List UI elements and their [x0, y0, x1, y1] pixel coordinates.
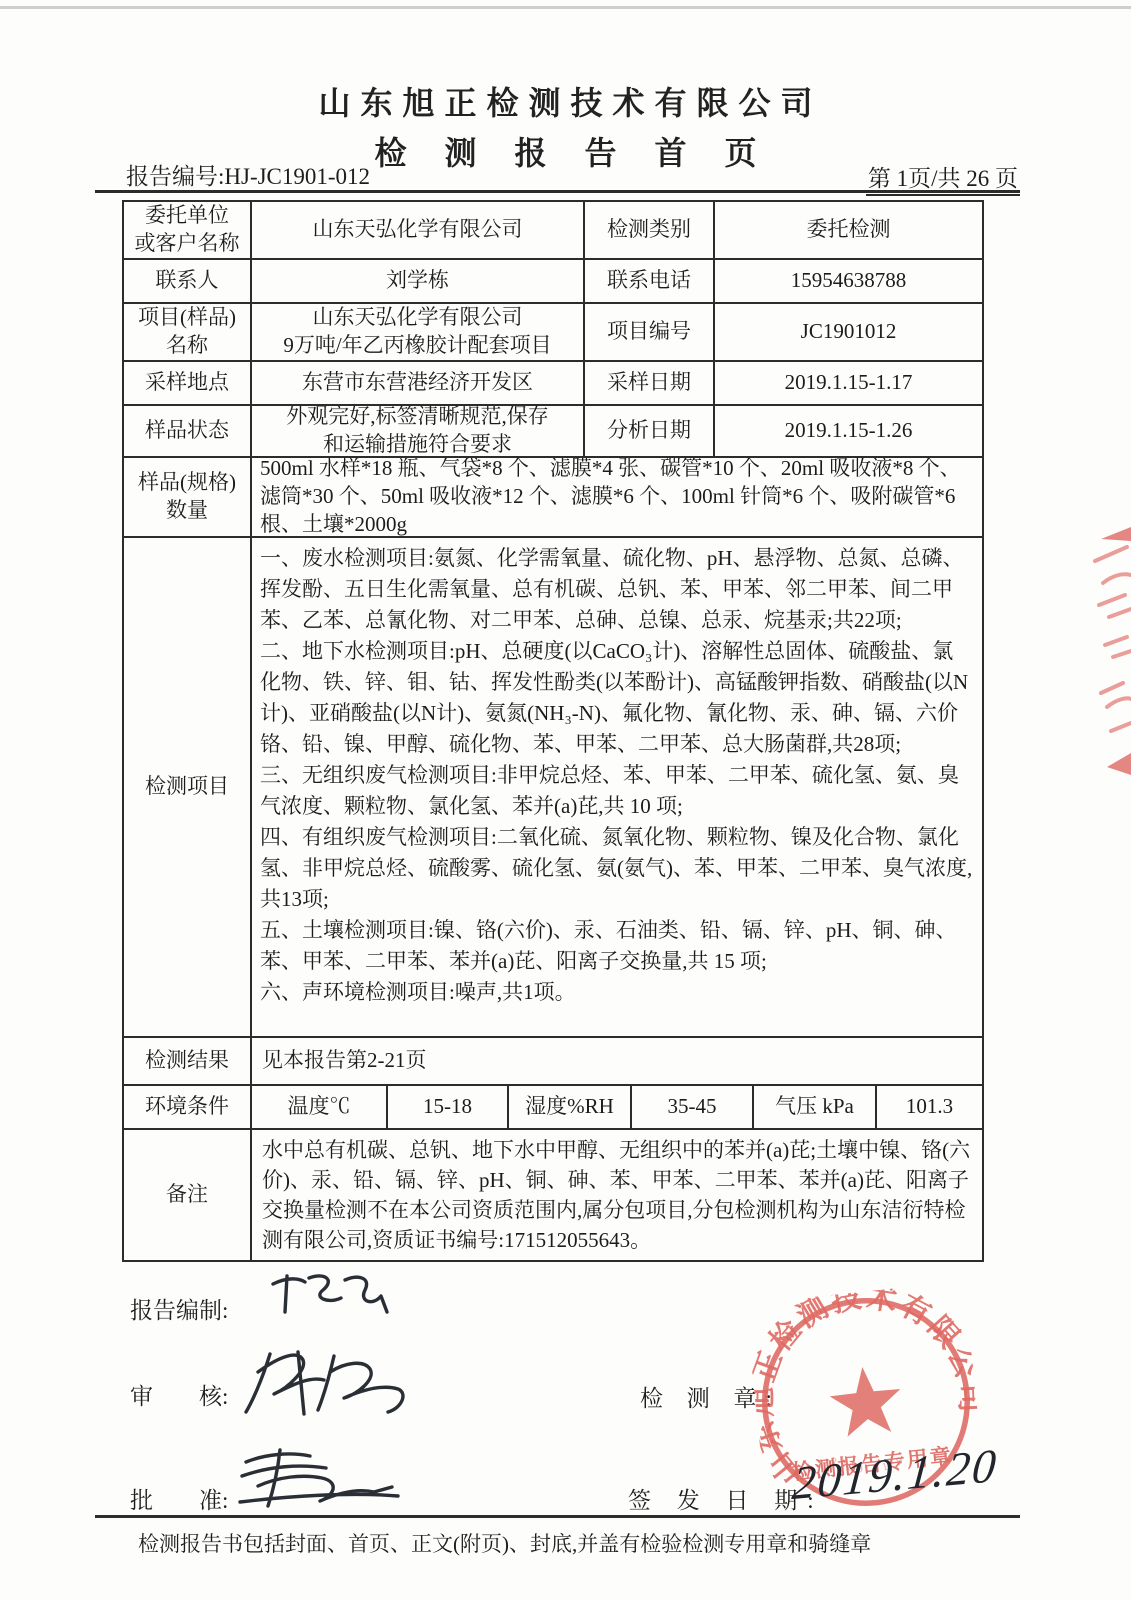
table-row-sample-state: 样品状态 外观完好,标签清晰规范,保存 和运输措施符合要求 分析日期 2019.… [124, 406, 982, 458]
report-meta-row: 报告编号:HJ-JC1901-012 第 1页/共 26 页 [96, 158, 1020, 188]
table-row-sampling: 采样地点 东营市东营港经济开发区 采样日期 2019.1.15-1.17 [124, 362, 982, 406]
test-type-value: 委托检测 [715, 202, 982, 258]
sample-state-value: 外观完好,标签清晰规范,保存 和运输措施符合要求 [252, 406, 585, 456]
temperature-label: 温度℃ [252, 1086, 388, 1128]
environment-label: 环境条件 [124, 1086, 252, 1128]
report-first-page: 山东旭正检测技术有限公司 检测报告首页 报告编号:HJ-JC1901-012 第… [0, 0, 1131, 1600]
project-name-value: 山东天弘化学有限公司 9万吨/年乙丙橡胶计配套项目 [252, 304, 585, 360]
sample-state-label: 样品状态 [124, 406, 252, 456]
report-info-table: 委托单位 或客户名称 山东天弘化学有限公司 检测类别 委托检测 联系人 刘学栋 … [122, 200, 984, 1262]
footer-rule [95, 1515, 1020, 1518]
table-row-sample-qty: 样品(规格) 数量 500ml 水样*18 瓶、气袋*8 个、滤膜*4 张、碳管… [124, 458, 982, 538]
pressure-label: 气压 kPa [754, 1086, 877, 1128]
sampling-date-value: 2019.1.15-1.17 [715, 362, 982, 404]
analysis-date-value: 2019.1.15-1.26 [715, 406, 982, 456]
scan-edge-line [0, 6, 1131, 9]
project-no-value: JC1901012 [715, 304, 982, 360]
table-row-project: 项目(样品) 名称 山东天弘化学有限公司 9万吨/年乙丙橡胶计配套项目 项目编号… [124, 304, 982, 362]
phone-value: 15954638788 [715, 260, 982, 302]
contact-value: 刘学栋 [252, 260, 585, 302]
sampling-site-label: 采样地点 [124, 362, 252, 404]
table-row-environment: 环境条件 温度℃ 15-18 湿度%RH 35-45 气压 kPa 101.3 [124, 1086, 982, 1130]
footer-note: 检测报告书包括封面、首页、正文(附页)、封底,并盖有检验检测专用章和骑缝章 [138, 1528, 871, 1558]
sampling-date-label: 采样日期 [585, 362, 715, 404]
header-rule [95, 190, 1020, 193]
cross-page-seal-fragment [1061, 525, 1131, 795]
test-items-paragraph: 五、土壤检测项目:镍、铬(六价)、汞、石油类、铅、镉、锌、pH、铜、砷、苯、甲苯… [260, 915, 974, 977]
table-row-remark: 备注 水中总有机碳、总钒、地下水中甲醇、无组织中的苯并(a)芘;土壤中镍、铬(六… [124, 1130, 982, 1260]
result-value: 见本报告第2-21页 [252, 1038, 982, 1084]
test-items-paragraph: 三、无组织废气检测项目:非甲烷总烃、苯、甲苯、二甲苯、硫化氢、氨、臭气浓度、颗粒… [260, 760, 974, 822]
sample-qty-value: 500ml 水样*18 瓶、气袋*8 个、滤膜*4 张、碳管*10 个、20ml… [252, 458, 982, 536]
table-row-contact: 联系人 刘学栋 联系电话 15954638788 [124, 260, 982, 304]
test-items-paragraph: 二、地下水检测项目:pH、总硬度(以CaCO₃计)、溶解性总固体、硫酸盐、氯化物… [260, 636, 974, 760]
remark-value: 水中总有机碳、总钒、地下水中甲醇、无组织中的苯并(a)芘;土壤中镍、铬(六价)、… [252, 1130, 982, 1260]
remark-label: 备注 [124, 1130, 252, 1260]
report-number: 报告编号:HJ-JC1901-012 [126, 158, 370, 191]
table-row-test-items: 检测项目 一、废水检测项目:氨氮、化学需氧量、硫化物、pH、悬浮物、总氮、总磷、… [124, 538, 982, 1038]
humidity-label: 湿度%RH [509, 1086, 632, 1128]
project-name-label: 项目(样品) 名称 [124, 304, 252, 360]
prepared-by-label: 报告编制: [130, 1292, 228, 1325]
approved-by-signature [230, 1444, 405, 1514]
test-items-value: 一、废水检测项目:氨氮、化学需氧量、硫化物、pH、悬浮物、总氮、总磷、挥发酚、五… [252, 538, 982, 1036]
test-items-paragraph: 六、声环境检测项目:噪声,共1项。 [260, 977, 974, 1008]
report-number-value: HJ-JC1901-012 [224, 164, 370, 189]
table-row-client: 委托单位 或客户名称 山东天弘化学有限公司 检测类别 委托检测 [124, 202, 982, 260]
humidity-value: 35-45 [632, 1086, 754, 1128]
sample-qty-label: 样品(规格) 数量 [124, 458, 252, 536]
test-items-label: 检测项目 [124, 538, 252, 1036]
prepared-by-signature [265, 1268, 395, 1326]
project-no-label: 项目编号 [585, 304, 715, 360]
analysis-date-label: 分析日期 [585, 406, 715, 456]
reviewed-by-label: 审 核: [130, 1378, 228, 1411]
table-row-result: 检测结果 见本报告第2-21页 [124, 1038, 982, 1086]
stamp-star-icon [827, 1363, 905, 1438]
test-items-paragraph: 四、有组织废气检测项目:二氧化硫、氮氧化物、颗粒物、镍及化合物、氯化氢、非甲烷总… [260, 822, 974, 915]
sampling-site-value: 东营市东营港经济开发区 [252, 362, 585, 404]
report-number-label: 报告编号: [126, 164, 224, 189]
test-type-label: 检测类别 [585, 202, 715, 258]
pressure-value: 101.3 [877, 1086, 982, 1128]
client-value: 山东天弘化学有限公司 [252, 202, 585, 258]
reviewed-by-signature [240, 1342, 420, 1424]
result-label: 检测结果 [124, 1038, 252, 1084]
contact-label: 联系人 [124, 260, 252, 302]
company-title: 山东旭正检测技术有限公司 [0, 78, 1131, 124]
test-items-paragraph: 一、废水检测项目:氨氮、化学需氧量、硫化物、pH、悬浮物、总氮、总磷、挥发酚、五… [260, 543, 974, 636]
client-label: 委托单位 或客户名称 [124, 202, 252, 258]
temperature-value: 15-18 [388, 1086, 509, 1128]
phone-label: 联系电话 [585, 260, 715, 302]
approved-by-label: 批 准: [130, 1482, 228, 1515]
